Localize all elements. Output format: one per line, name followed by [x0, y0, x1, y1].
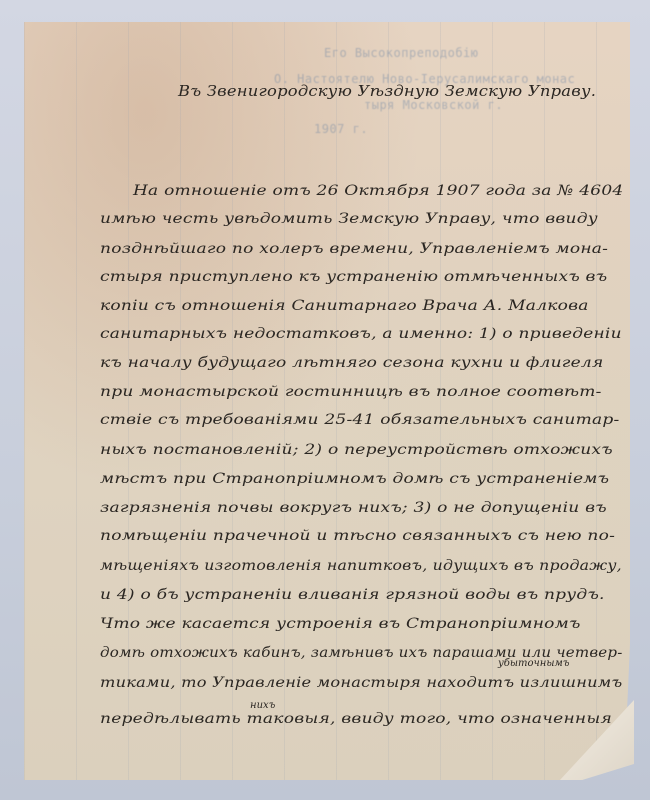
- letter-line: На отношеніе отъ 26 Октября 1907 года за…: [133, 183, 623, 199]
- letter-line: и 4) о бъ устраненіи вливанія грязной во…: [100, 587, 605, 603]
- bleed-through-line: за подписью Уѣзднаго Земскаго ...: [324, 785, 579, 799]
- letter-line: передѣлывать таковыя, ввиду того, что оз…: [100, 711, 612, 727]
- bleed-through-line: тыря Московской г.: [364, 98, 503, 112]
- bleed-through-line: Его Высокопреподобію: [324, 46, 479, 60]
- bleed-through-line: 1907 г.: [314, 122, 368, 136]
- letter-line: стыря приступлено къ устраненію отмѣченн…: [100, 269, 607, 285]
- letter-line: санитарныхъ недостатковъ, а именно: 1) о…: [100, 326, 622, 342]
- letter-line: мѣщеніяхъ изготовленія напитковъ, идущих…: [100, 558, 622, 574]
- letter-line: мѣстъ при Странопріимномъ домѣ съ устран…: [100, 471, 609, 487]
- letter-line: Что же касается устроенія въ Странопріим…: [100, 616, 581, 632]
- letter-line: при монастырской гостинницѣ въ полное со…: [100, 384, 602, 400]
- letter-line: позднѣйшаго по холеръ времени, Управлені…: [100, 241, 608, 257]
- letter-line: ныхъ постановленій; 2) о переустройствѣ …: [100, 442, 613, 458]
- interlinear-correction: нихъ: [250, 700, 275, 711]
- letter-line: помѣщеніи прачечной и тѣсно связанныхъ с…: [100, 528, 615, 544]
- letter-line: копіи съ отношенія Санитарнаго Врача А. …: [100, 298, 589, 314]
- letter-line: ствіе съ требованіями 25-41 обязательных…: [100, 412, 619, 428]
- letter-line: тиками, то Управленіе монастыря находитъ…: [100, 675, 622, 691]
- letter-heading: Въ Звенигородскую Уѣздную Земскую Управу…: [178, 84, 596, 100]
- letter-line: къ началу будущаго лѣтняго сезона кухни …: [100, 355, 604, 371]
- letter-line: загрязненія почвы вокругъ нихъ; 3) о не …: [100, 500, 607, 516]
- letter-line: имѣю честь увѣдомить Земскую Управу, что…: [100, 211, 598, 227]
- interlinear-correction: убыточнымъ: [498, 658, 569, 669]
